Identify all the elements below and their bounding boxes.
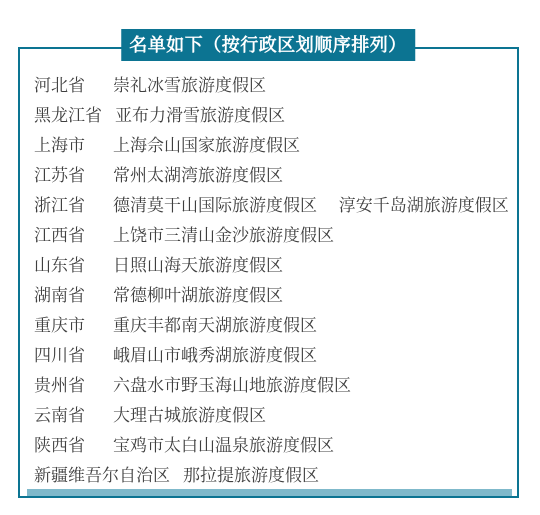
region-name: 重庆市: [34, 311, 100, 336]
resort-name: 六盘水市野玉海山地旅游度假区: [113, 371, 351, 396]
resort-name: 德清莫干山国际旅游度假区 淳安千岛湖旅游度假区: [113, 191, 509, 216]
list-item: 新疆维吾尔自治区 那拉提旅游度假区: [34, 458, 517, 488]
region-name: 江苏省: [34, 161, 100, 186]
region-name: 云南省: [34, 401, 100, 426]
resort-name: 那拉提旅游度假区: [183, 461, 319, 486]
resort-name: 重庆丰都南天湖旅游度假区: [113, 311, 317, 336]
list-title-badge: 名单如下（按行政区划顺序排列）: [121, 29, 415, 61]
list-item: 四川省 峨眉山市峨秀湖旅游度假区: [34, 338, 517, 368]
list-item: 湖南省 常德柳叶湖旅游度假区: [34, 278, 517, 308]
resort-name: 上海佘山国家旅游度假区: [113, 131, 300, 156]
list-item: 上海市 上海佘山国家旅游度假区: [34, 128, 517, 158]
region-name: 贵州省: [34, 371, 100, 396]
region-name: 新疆维吾尔自治区: [34, 461, 170, 486]
region-name: 上海市: [34, 131, 100, 156]
region-name: 江西省: [34, 221, 100, 246]
region-name: 四川省: [34, 341, 100, 366]
region-name: 河北省: [34, 71, 100, 96]
region-name: 黑龙江省: [34, 101, 102, 126]
region-name: 浙江省: [34, 191, 100, 216]
resort-name: 峨眉山市峨秀湖旅游度假区: [113, 341, 317, 366]
list-item: 江西省 上饶市三清山金沙旅游度假区: [34, 218, 517, 248]
list-item: 黑龙江省 亚布力滑雪旅游度假区: [34, 98, 517, 128]
page-canvas: 名单如下（按行政区划顺序排列） 河北省 崇礼冰雪旅游度假区 黑龙江省 亚布力滑雪…: [0, 0, 540, 515]
list-item: 云南省 大理古城旅游度假区: [34, 398, 517, 428]
region-name: 山东省: [34, 251, 100, 276]
resort-name: 常德柳叶湖旅游度假区: [113, 281, 283, 306]
resort-name: 常州太湖湾旅游度假区: [113, 161, 283, 186]
list-item: 陕西省 宝鸡市太白山温泉旅游度假区: [34, 428, 517, 458]
resort-name: 大理古城旅游度假区: [113, 401, 266, 426]
list-item: 河北省 崇礼冰雪旅游度假区: [34, 68, 517, 98]
list-item: 浙江省 德清莫干山国际旅游度假区 淳安千岛湖旅游度假区: [34, 188, 517, 218]
resort-name: 上饶市三清山金沙旅游度假区: [113, 221, 334, 246]
bottom-accent-bar: [27, 489, 512, 496]
list-item: 贵州省 六盘水市野玉海山地旅游度假区: [34, 368, 517, 398]
resort-list: 河北省 崇礼冰雪旅游度假区 黑龙江省 亚布力滑雪旅游度假区 上海市 上海佘山国家…: [20, 49, 517, 488]
region-name: 湖南省: [34, 281, 100, 306]
region-name: 陕西省: [34, 431, 100, 456]
list-item: 山东省 日照山海天旅游度假区: [34, 248, 517, 278]
list-item: 重庆市 重庆丰都南天湖旅游度假区: [34, 308, 517, 338]
resort-name: 宝鸡市太白山温泉旅游度假区: [113, 431, 334, 456]
list-item: 江苏省 常州太湖湾旅游度假区: [34, 158, 517, 188]
resort-name: 日照山海天旅游度假区: [113, 251, 283, 276]
resort-name: 亚布力滑雪旅游度假区: [115, 101, 285, 126]
resort-name: 崇礼冰雪旅游度假区: [113, 71, 266, 96]
